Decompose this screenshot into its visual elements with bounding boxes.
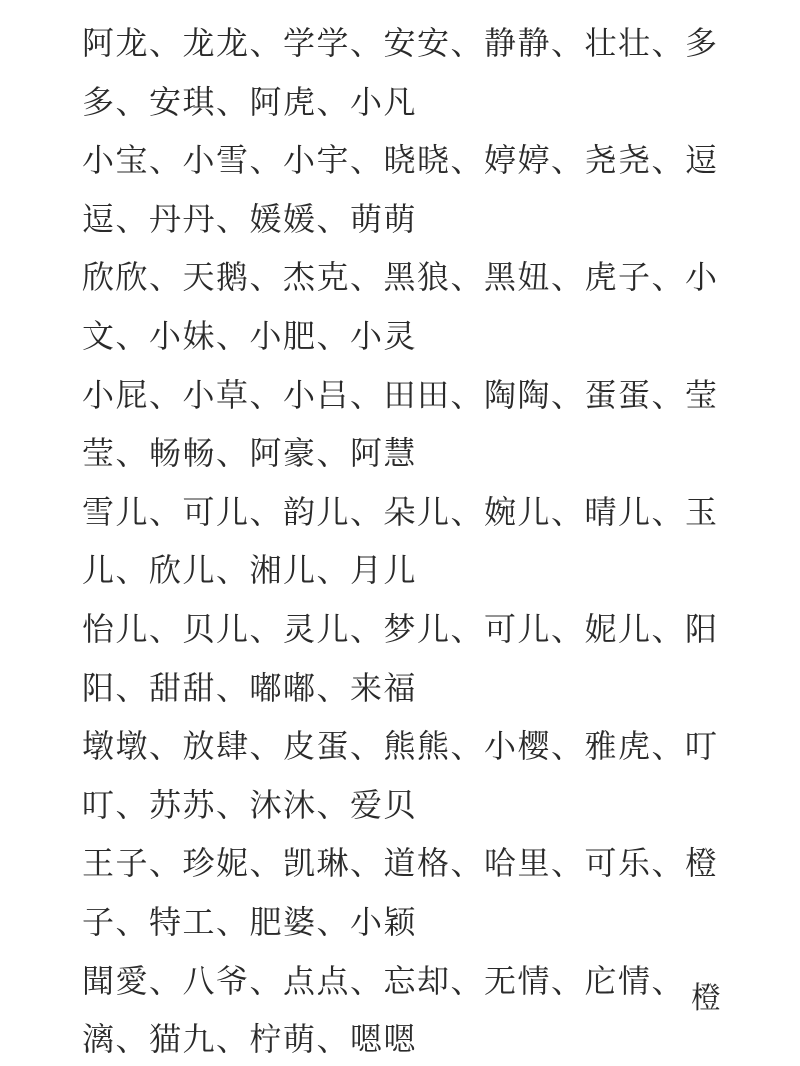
name-group-5: 雪儿、可儿、韵儿、朵儿、婉儿、晴儿、玉 儿、欣儿、湘儿、月儿 [82,483,722,600]
name-list-document: 阿龙、龙龙、学学、安安、静静、壮壮、多 多、安琪、阿虎、小凡 小宝、小雪、小宇、… [82,14,722,1066]
text-line: 小屁、小草、小吕、田田、陶陶、蛋蛋、莹 [82,366,722,425]
text-line: 雪儿、可儿、韵儿、朵儿、婉儿、晴儿、玉 [82,483,722,542]
text-line-content: 聞愛、八爷、点点、忘却、无情、庀情、 [82,962,685,1000]
name-group-9: 聞愛、八爷、点点、忘却、无情、庀情、橙 漓、猫九、柠萌、嗯嗯 [82,952,722,1066]
text-line: 莹、畅畅、阿豪、阿慧 [82,424,722,483]
name-group-2: 小宝、小雪、小宇、晓晓、婷婷、尧尧、逗 逗、丹丹、媛媛、萌萌 [82,131,722,248]
name-group-3: 欣欣、天鹅、杰克、黑狼、黑妞、虎子、小 文、小妹、小肥、小灵 [82,248,722,365]
text-line: 叮、苏苏、沐沐、爱贝 [82,776,722,835]
name-group-8: 王子、珍妮、凯琳、道格、哈里、可乐、橙 子、特工、肥婆、小颖 [82,834,722,951]
text-line: 阿龙、龙龙、学学、安安、静静、壮壮、多 [82,14,722,73]
text-line: 漓、猫九、柠萌、嗯嗯 [82,1010,722,1066]
text-line: 子、特工、肥婆、小颖 [82,893,722,952]
text-line: 多、安琪、阿虎、小凡 [82,73,722,132]
text-line: 王子、珍妮、凯琳、道格、哈里、可乐、橙 [82,834,722,893]
text-line: 怡儿、贝儿、灵儿、梦儿、可儿、妮儿、阳 [82,600,722,659]
name-group-6: 怡儿、贝儿、灵儿、梦儿、可儿、妮儿、阳 阳、甜甜、嘟嘟、来福 [82,600,722,717]
name-group-4: 小屁、小草、小吕、田田、陶陶、蛋蛋、莹 莹、畅畅、阿豪、阿慧 [82,366,722,483]
text-line: 儿、欣儿、湘儿、月儿 [82,541,722,600]
text-line: 文、小妹、小肥、小灵 [82,307,722,366]
name-group-1: 阿龙、龙龙、学学、安安、静静、壮壮、多 多、安琪、阿虎、小凡 [82,14,722,131]
text-line: 聞愛、八爷、点点、忘却、无情、庀情、橙 [82,952,722,1011]
name-group-7: 墩墩、放肆、皮蛋、熊熊、小樱、雅虎、叮 叮、苏苏、沐沐、爱贝 [82,717,722,834]
text-line: 欣欣、天鹅、杰克、黑狼、黑妞、虎子、小 [82,248,722,307]
text-line: 墩墩、放肆、皮蛋、熊熊、小樱、雅虎、叮 [82,717,722,776]
text-line: 阳、甜甜、嘟嘟、来福 [82,659,722,718]
text-line: 逗、丹丹、媛媛、萌萌 [82,190,722,249]
text-line: 小宝、小雪、小宇、晓晓、婷婷、尧尧、逗 [82,131,722,190]
trailing-character: 橙 [691,970,723,1029]
